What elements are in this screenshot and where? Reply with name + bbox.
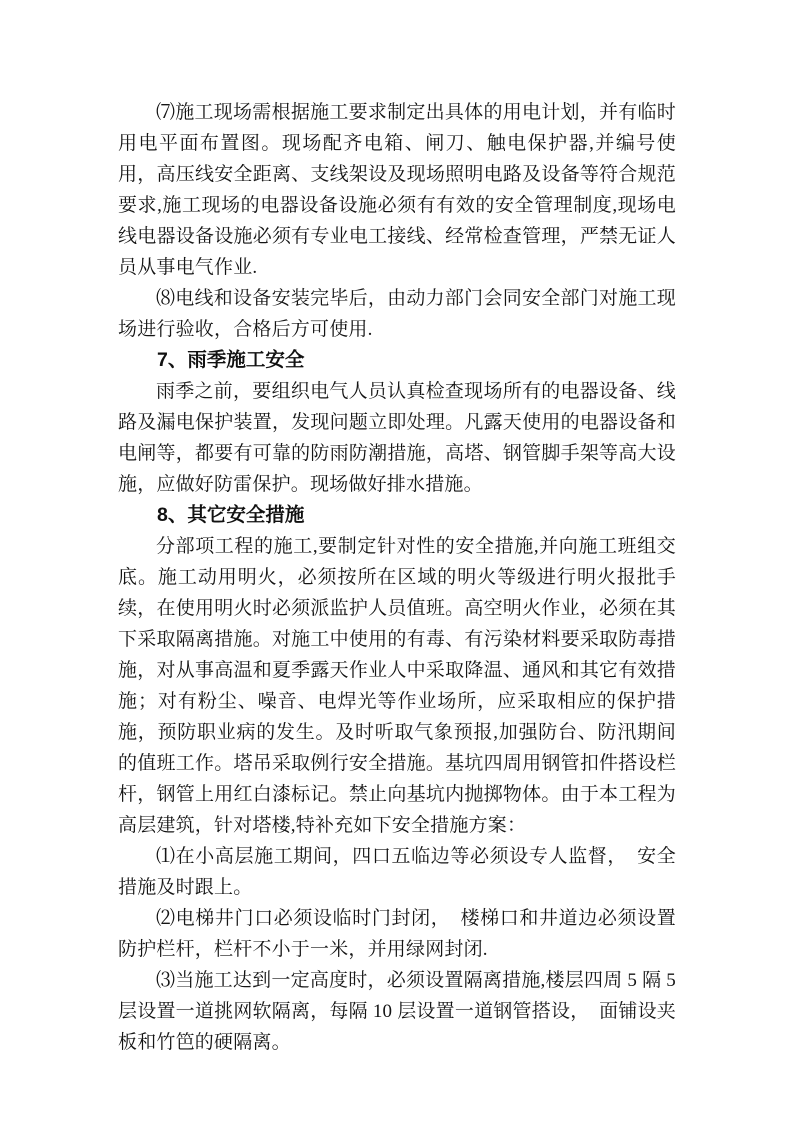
paragraph-7-electricity-plan: ⑺施工现场需根据施工要求制定出具体的用电计划，并有临时用电平面布置图。现场配齐电… [118,97,676,283]
paragraph-rainy-season-measures: 雨季之前，要组织电气人员认真检查现场所有的电器设备、线路及漏电保护装置，发现问题… [118,376,676,500]
paragraph-8-wiring-acceptance: ⑻电线和设备安装完毕后，由动力部门会同安全部门对施工现场进行验收，合格后方可使用… [118,283,676,345]
document-content: ⑺施工现场需根据施工要求制定出具体的用电计划，并有临时用电平面布置图。现场配齐电… [118,97,676,1058]
document-page: ⑺施工现场需根据施工要求制定出具体的用电计划，并有临时用电平面布置图。现场配齐电… [0,0,793,1122]
paragraph-item-3-isolation-layers: ⑶当施工达到一定高度时，必须设置隔离措施,楼层四周 5 隔 5 层设置一道挑网软… [118,965,676,1058]
paragraph-item-1-supervision: ⑴在小高层施工期间，四口五临边等必须设专人监督， 安全措施及时跟上。 [118,841,676,903]
paragraph-other-safety-measures-body: 分部项工程的施工,要制定针对性的安全措施,并向施工班组交底。施工动用明火，必须按… [118,531,676,841]
heading-rainy-season-construction-safety: 7、雨季施工安全 [118,345,676,376]
paragraph-item-2-elevator-shaft-protection: ⑵电梯井门口必须设临时门封闭， 楼梯口和井道边必须设置防护栏杆，栏杆不小于一米，… [118,903,676,965]
heading-other-safety-measures: 8、其它安全措施 [118,500,676,531]
